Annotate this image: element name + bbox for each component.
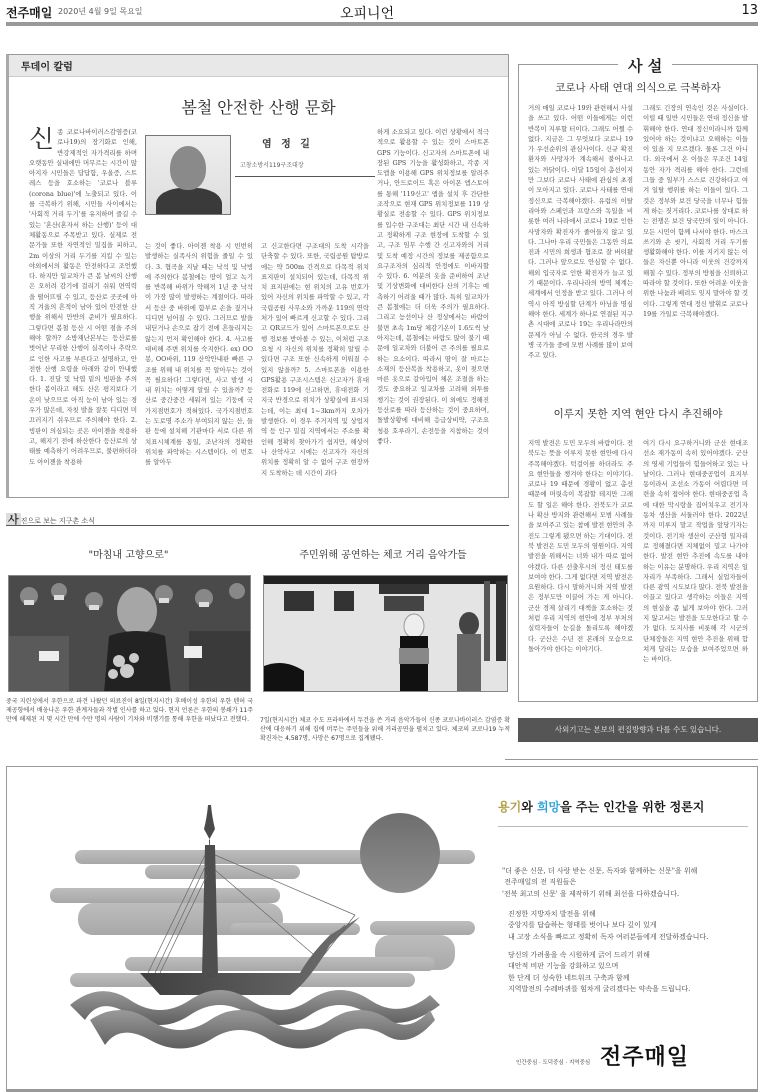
- editorial-2-column-1: 지역 발전은 도민 모두의 바람이다. 전북도는 뜻을 이루지 못한 현안에 다…: [528, 438, 633, 694]
- photo-crowd-graphic: [9, 576, 251, 692]
- pen-ship-icon: [30, 795, 480, 1075]
- photo-prague-musicians: [263, 575, 508, 692]
- column-tab-label: 투데이 칼럼: [9, 55, 508, 77]
- photo-title-2: 주민위해 공연하는 체코 거리 음악가들: [258, 546, 508, 561]
- author-name: 염 정 길: [262, 135, 313, 150]
- ad-motto: 인간중심 · 도덕중심 · 지역중심: [516, 1058, 590, 1066]
- column-text-3: 고 신고한다면 구조대의 도착 시각을 단축할 수 있다. 또한, 국립공원 탐…: [261, 241, 369, 489]
- photo-section-rule: [6, 525, 509, 526]
- header-rule: [6, 22, 758, 26]
- today-column-box: 투데이 칼럼 봄철 안전한 산행 문화 신 종 코로나바이러스감염증(코로나19…: [6, 54, 509, 498]
- photo-title-1: "마침내 고향으로": [6, 546, 251, 561]
- ad-paragraph-3: 당신의 가려움을 속 시원하게 긁어 드리기 위해 대안적 비판 기능을 강화하…: [508, 950, 690, 995]
- newspaper-name: 전주매일: [6, 4, 52, 21]
- dropcap: 신: [29, 127, 54, 151]
- pen-ship-illustration: [30, 795, 480, 1075]
- editorial-bottom-rule: [505, 759, 758, 760]
- editorial-2-column-2: 여기 다시 요구하거니와 군산 현대조선소 재가동이 속히 있어야겠다. 군산의…: [643, 438, 748, 694]
- photo-wuhan-medical-team: [8, 575, 251, 692]
- ad-paragraph-1: "더 좋은 신문, 더 사랑 받는 신문, 독자와 함께하는 신문"을 위해 전…: [502, 866, 697, 900]
- author-rule: [235, 176, 375, 177]
- author-title: 고창소방서119구조대장: [240, 160, 304, 169]
- photo-caption-1: 중국 지린성에서 우한으로 파견 나왔던 의료진이 8일(현지시간) 후베이성 …: [6, 697, 253, 724]
- page-number: 13: [741, 3, 758, 18]
- photo-caption-2: 7일(현지시간) 체코 수도 프라하에서 두건을 쓴 거리 음악가들이 신종 코…: [260, 716, 510, 743]
- column-text-4: 하게 소요되고 있다. 이런 상황에서 적극적으로 활용할 수 있는 것이 스마…: [377, 127, 489, 489]
- ad-slogan: 용기와 희망을 주는 인간을 위한 정론지: [498, 798, 704, 815]
- contribution-notice: 사외기고는 본보의 편집방향과 다를 수도 있습니다.: [518, 718, 758, 742]
- editorial-heading: 사 설: [618, 55, 672, 76]
- ad-slogan-rule: [498, 826, 748, 827]
- author-photo: [145, 135, 231, 215]
- ad-logo: 전주매일: [600, 1040, 689, 1071]
- author-photo-face: [170, 146, 206, 190]
- editorial-title-1: 코로나 사태 연대 의식으로 극복하자: [518, 80, 758, 95]
- column-text-1: 신 종 코로나바이러스감염증(코로나19)의 장기화로 인해, 반강제적인 자가…: [29, 127, 137, 489]
- issue-date: 2020년 4월 9일 목요일: [58, 6, 143, 17]
- author-photo-body: [156, 188, 222, 215]
- photo-musicians-graphic: [264, 576, 508, 692]
- section-title: 오피니언: [340, 3, 394, 23]
- column-title: 봄철 안전한 산행 문화: [9, 95, 508, 118]
- editorial-title-2: 이루지 못한 지역 현안 다시 추진해야: [518, 406, 758, 421]
- editorial-1-column-2: 그래도 긴장의 연속인 것은 사실이다. 이럴 때 일반 시민들은 연대 정신을…: [643, 103, 748, 379]
- column-text-2: 는 것이 좋다. 아이젠 착용 시 빈번히 발생하는 실족사의 위험을 줄일 수…: [145, 241, 253, 489]
- ad-paragraph-2: 진정한 지방자치 발전을 위해 중앙지를 답습하는 형태를 벗어나 보다 깊이 …: [508, 909, 708, 943]
- editorial-1-column-1: 거의 매일 코로나 19와 관련해서 사설을 쓰고 있다. 어떤 이들에게는 이…: [528, 103, 633, 379]
